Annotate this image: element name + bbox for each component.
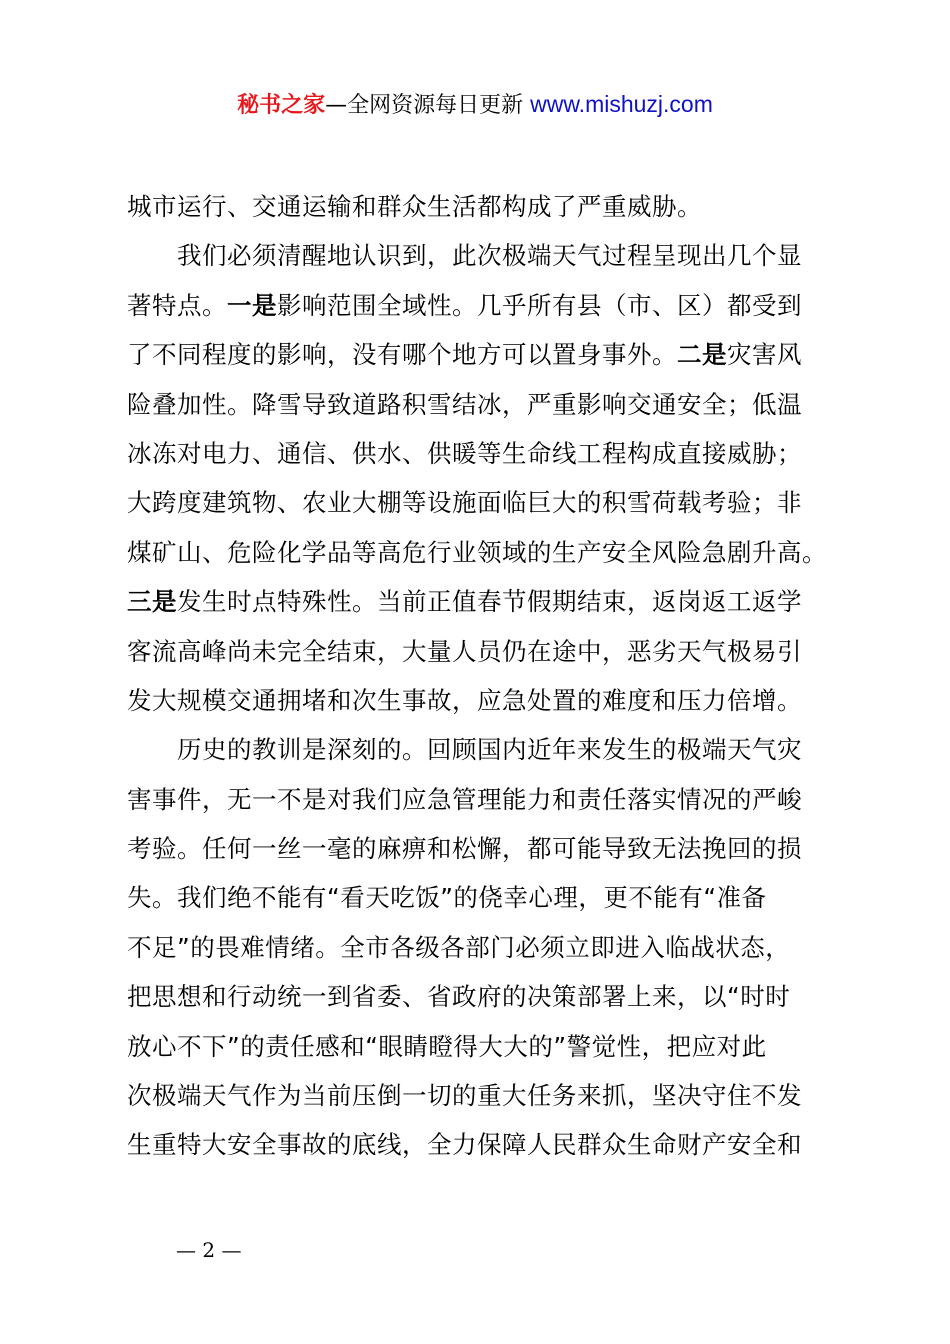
text-segment: 灾害风 (727, 340, 802, 369)
text-segment: 著特点。 (127, 291, 227, 320)
header-slogan: —全网资源每日更新 (325, 93, 530, 118)
text-segment: 了不同程度的影响，没有哪个地方可以置身事外。 (127, 340, 677, 369)
text-segment: 我们必须清醒地认识到，此次极端天气过程呈现出几个显 (177, 241, 802, 270)
text-line: 害事件，无一不是对我们应急管理能力和责任落实情况的严峻 (127, 775, 837, 824)
text-line: 冰冻对电力、通信、供水、供暖等生命线工程构成直接威胁； (127, 429, 837, 478)
text-line: 城市运行、交通运输和群众生活都构成了严重威胁。 (127, 182, 837, 231)
text-line: 生重特大安全事故的底线，全力保障人民群众生命财产安全和 (127, 1120, 837, 1169)
text-line: 了不同程度的影响，没有哪个地方可以置身事外。二是灾害风 (127, 330, 837, 379)
text-segment: 险叠加性。降雪导致道路积雪结冰，严重影响交通安全；低温 (127, 390, 802, 419)
text-segment: 城市运行、交通运输和群众生活都构成了严重威胁。 (127, 192, 702, 221)
text-segment: 历史的教训是深刻的。回顾国内近年来发生的极端天气灾 (177, 735, 802, 764)
text-line: 大跨度建筑物、农业大棚等设施面临巨大的积雪荷载考验；非 (127, 478, 837, 527)
paragraph-start-line: 历史的教训是深刻的。回顾国内近年来发生的极端天气灾 (127, 725, 837, 774)
text-line: 把思想和行动统一到省委、省政府的决策部署上来，以“时时 (127, 972, 837, 1021)
text-segment: 不足”的畏难情绪。全市各级各部门必须立即进入临战状态， (127, 933, 790, 962)
text-segment: 冰冻对电力、通信、供水、供暖等生命线工程构成直接威胁； (127, 439, 802, 468)
text-segment: 失。我们绝不能有“看天吃饭”的侥幸心理，更不能有“准备 (127, 883, 767, 912)
text-segment: 放心不下”的责任感和“眼睛瞪得大大的”警觉性，把应对此 (127, 1032, 767, 1061)
text-segment: 害事件，无一不是对我们应急管理能力和责任落实情况的严峻 (127, 785, 802, 814)
text-segment: 发大规模交通拥堵和次生事故，应急处置的难度和压力倍增。 (127, 686, 802, 715)
text-segment: 考验。任何一丝一毫的麻痹和松懈，都可能导致无法挽回的损 (127, 834, 802, 863)
text-segment: 次极端天气作为当前压倒一切的重大任务来抓，坚决守住不发 (127, 1081, 802, 1110)
bold-keyword-second: 二是 (677, 340, 727, 369)
site-url-link[interactable]: www.mishuzj.com (530, 91, 713, 117)
text-line: 著特点。一是影响范围全域性。几乎所有县（市、区）都受到 (127, 281, 837, 330)
text-line: 考验。任何一丝一毫的麻痹和松懈，都可能导致无法挽回的损 (127, 824, 837, 873)
page-number: — 2 — (176, 1238, 241, 1262)
bold-keyword-first: 一是 (227, 291, 277, 320)
text-segment: 发生时点特殊性。当前正值春节假期结束，返岗返工返学 (177, 587, 802, 616)
text-line: 煤矿山、危险化学品等高危行业领域的生产安全风险急剧升高。 (127, 528, 837, 577)
brand-name: 秘书之家 (237, 93, 325, 118)
text-line: 发大规模交通拥堵和次生事故，应急处置的难度和压力倍增。 (127, 676, 837, 725)
text-segment: 大跨度建筑物、农业大棚等设施面临巨大的积雪荷载考验；非 (127, 488, 802, 517)
text-line: 不足”的畏难情绪。全市各级各部门必须立即进入临战状态， (127, 923, 837, 972)
text-line: 险叠加性。降雪导致道路积雪结冰，严重影响交通安全；低温 (127, 380, 837, 429)
text-segment: 客流高峰尚未完全结束，大量人员仍在途中，恶劣天气极易引 (127, 637, 802, 666)
text-line: 放心不下”的责任感和“眼睛瞪得大大的”警觉性，把应对此 (127, 1022, 837, 1071)
text-line: 失。我们绝不能有“看天吃饭”的侥幸心理，更不能有“准备 (127, 873, 837, 922)
text-segment: 煤矿山、危险化学品等高危行业领域的生产安全风险急剧升高。 (127, 538, 827, 567)
paragraph-start-line: 我们必须清醒地认识到，此次极端天气过程呈现出几个显 (127, 231, 837, 280)
bold-keyword-third: 三是 (127, 587, 177, 616)
text-line: 三是发生时点特殊性。当前正值春节假期结束，返岗返工返学 (127, 577, 837, 626)
text-line: 次极端天气作为当前压倒一切的重大任务来抓，坚决守住不发 (127, 1071, 837, 1120)
text-segment: 生重特大安全事故的底线，全力保障人民群众生命财产安全和 (127, 1130, 802, 1159)
text-segment: 影响范围全域性。几乎所有县（市、区）都受到 (277, 291, 802, 320)
document-body: 城市运行、交通运输和群众生活都构成了严重威胁。 我们必须清醒地认识到，此次极端天… (127, 182, 837, 1170)
site-header-banner: 秘书之家—全网资源每日更新 www.mishuzj.com (0, 88, 950, 122)
text-line: 客流高峰尚未完全结束，大量人员仍在途中，恶劣天气极易引 (127, 627, 837, 676)
text-segment: 把思想和行动统一到省委、省政府的决策部署上来，以“时时 (127, 982, 790, 1011)
